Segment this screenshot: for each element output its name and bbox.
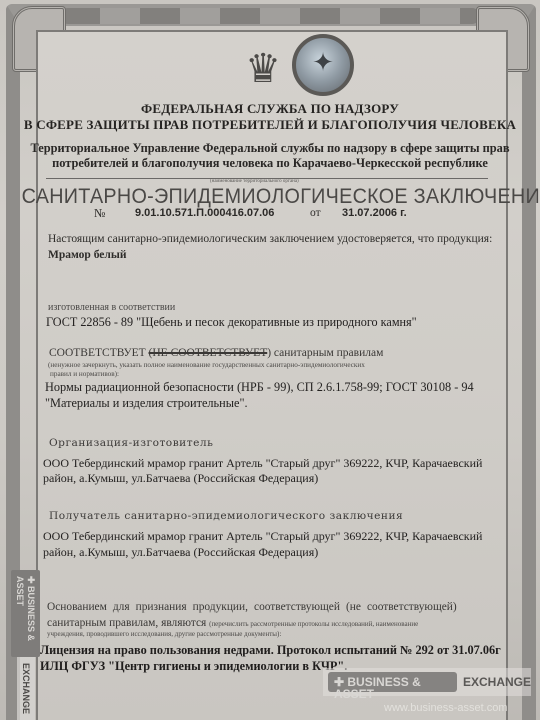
compliance-statement: СООТВЕТСТВУЕТ (НЕ СООТВЕТСТВУЕТ) санитар… bbox=[49, 347, 383, 359]
made-in-accordance-label: изготовленная в соответствии bbox=[48, 302, 175, 313]
basis-document-line2: ИЛЦ ФГУЗ "Центр гигиены и эпидемиологии … bbox=[40, 659, 347, 674]
compliance-note-line2: правил и нормативов): bbox=[50, 370, 119, 378]
document-date: 31.07.2006 г. bbox=[342, 207, 407, 219]
basis-line2-note: (перечислить рассмотренные протоколы исс… bbox=[209, 620, 418, 628]
frame-ornament bbox=[60, 8, 480, 24]
side-watermark: ✚ BUSINESS & ASSET EXCHANGE bbox=[15, 570, 37, 720]
watermark-brand-exchange: EXCHANGE bbox=[463, 675, 531, 689]
corner-watermark: ✚ BUSINESS & ASSET EXCHANGE bbox=[323, 668, 531, 696]
basis-line1: Основанием для признания продукции, соот… bbox=[47, 601, 457, 613]
complies-text: СООТВЕТСТВУЕТ bbox=[49, 347, 146, 359]
agency-title-line2: В СФЕРЕ ЗАЩИТЫ ПРАВ ПОТРЕБИТЕЛЕЙ И БЛАГО… bbox=[0, 117, 540, 133]
basis-line2-main: санитарным правилам, являются bbox=[47, 617, 206, 629]
recipient-line1: ООО Тебердинский мрамор гранит Артель "С… bbox=[43, 529, 482, 544]
basis-line2: санитарным правилам, являются (перечисли… bbox=[47, 617, 418, 629]
watermark-brand: ✚ BUSINESS & ASSET bbox=[12, 570, 41, 657]
recipient-label: Получатель санитарно-эпидемиологического… bbox=[49, 510, 403, 522]
basis-line3-note: учреждения, проводившего исследования, д… bbox=[47, 630, 281, 638]
product-intro: Настоящим санитарно-эпидемиологическим з… bbox=[48, 233, 492, 245]
agency-title-line1: ФЕДЕРАЛЬНАЯ СЛУЖБА ПО НАДЗОРУ bbox=[0, 101, 540, 117]
norms-line2: "Материалы и изделия строительные". bbox=[45, 396, 248, 411]
compliance-note-line1: (ненужное зачеркнуть, указать полное наи… bbox=[48, 361, 365, 369]
manufacturer-line2: район, а.Кумыш, ул.Батчаева (Российская … bbox=[43, 471, 318, 486]
product-name: Мрамор белый bbox=[48, 249, 126, 261]
watermark-url: www.business-asset.com bbox=[384, 702, 508, 714]
certificate-page: ♛ ✦ ФЕДЕРАЛЬНАЯ СЛУЖБА ПО НАДЗОРУ В СФЕР… bbox=[0, 0, 540, 720]
document-number: 9.01.10.571.П.000416.07.06 bbox=[135, 207, 274, 219]
watermark-brand-exchange: EXCHANGE bbox=[17, 657, 35, 720]
regional-office-line2: потребителей и благополучия человека по … bbox=[0, 156, 540, 171]
watermark-brand: ✚ BUSINESS & ASSET bbox=[328, 672, 457, 692]
date-label: от bbox=[310, 207, 321, 219]
hologram-seal-icon: ✦ bbox=[292, 34, 354, 96]
not-complies-struck: (НЕ СООТВЕТСТВУЕТ bbox=[149, 347, 268, 359]
manufacturer-label: Организация-изготовитель bbox=[49, 437, 213, 449]
plus-icon: ✚ bbox=[27, 576, 37, 586]
rules-suffix: ) санитарным правилам bbox=[267, 347, 383, 359]
product-standard: ГОСТ 22856 - 89 "Щебень и песок декорати… bbox=[46, 315, 417, 330]
recipient-line2: район, а.Кумыш, ул.Батчаева (Российская … bbox=[43, 545, 318, 560]
manufacturer-line1: ООО Тебердинский мрамор гранит Артель "С… bbox=[43, 456, 482, 471]
double-headed-eagle-icon: ♛ bbox=[238, 44, 288, 94]
number-label: № bbox=[94, 206, 105, 221]
basis-document-line1: Лицензия на право пользования недрами. П… bbox=[40, 643, 501, 658]
regional-office-line1: Территориальное Управление Федеральной с… bbox=[0, 141, 540, 156]
norms-line1: Нормы радиационной безопасности (НРБ - 9… bbox=[45, 380, 474, 395]
